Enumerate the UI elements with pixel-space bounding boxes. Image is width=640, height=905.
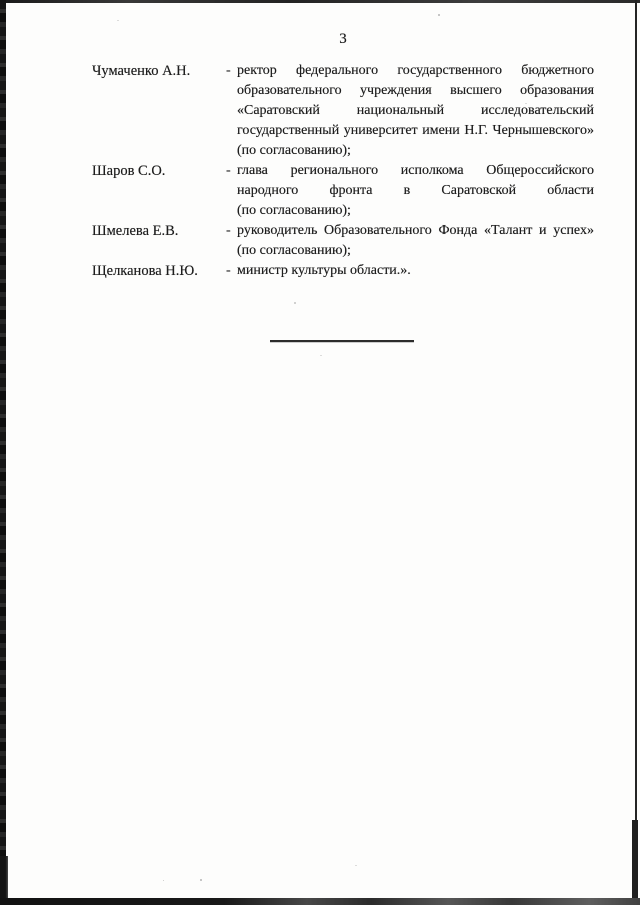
- description-line: руководитель Образовательного Фонда «Тал…: [237, 221, 594, 241]
- appointee-name: Шаров С.О.: [92, 161, 165, 181]
- appointee-entry: Шмелева Е.В. - руководитель Образователь…: [0, 221, 640, 261]
- scan-edge-top: [0, 0, 640, 3]
- description-line: ректор федерального государственного бюд…: [237, 61, 594, 81]
- description-line: министр культуры области.».: [237, 261, 594, 281]
- dash-separator: -: [226, 221, 231, 241]
- appointee-entry: Чумаченко А.Н. - ректор федерального гос…: [0, 61, 640, 161]
- description-line: государственный университет имени Н.Г. Ч…: [237, 121, 594, 141]
- scan-edge-left: [0, 0, 6, 905]
- dash-separator: -: [226, 261, 231, 281]
- scan-edge-right-bottom: [632, 820, 638, 905]
- appointee-name: Щелканова Н.Ю.: [92, 261, 198, 281]
- appointee-name: Чумаченко А.Н.: [92, 61, 190, 81]
- signature-rule: [270, 340, 414, 342]
- scan-speck: [200, 879, 202, 881]
- scan-speck: [525, 103, 527, 104]
- description-line: глава регионального исполкома Общероссий…: [237, 161, 594, 181]
- appointee-description: глава регионального исполкома Общероссий…: [237, 161, 594, 221]
- appointee-entry: Шаров С.О. - глава регионального исполко…: [0, 161, 640, 221]
- entries-list: Чумаченко А.Н. - ректор федерального гос…: [0, 61, 640, 281]
- dash-separator: -: [226, 161, 231, 181]
- document-page: 3 Чумаченко А.Н. - ректор федерального г…: [0, 0, 640, 905]
- appointee-description: министр культуры области.».: [237, 261, 594, 281]
- description-line: «Саратовский национальный исследовательс…: [237, 101, 594, 121]
- scan-speck: [294, 302, 296, 304]
- description-line: (по согласованию);: [237, 141, 594, 161]
- scan-edge-right: [635, 0, 637, 905]
- dash-separator: -: [226, 61, 231, 81]
- appointee-description: ректор федерального государственного бюд…: [237, 61, 594, 161]
- scan-edge-bottom: [0, 898, 640, 905]
- page-number: 3: [92, 29, 594, 49]
- description-line: народного фронта в Саратовской области: [237, 181, 594, 201]
- scan-speck: [438, 14, 440, 16]
- appointee-description: руководитель Образовательного Фонда «Тал…: [237, 221, 594, 261]
- description-line: (по согласованию);: [237, 201, 594, 221]
- scan-speck: [355, 865, 357, 866]
- scan-speck: [163, 880, 164, 881]
- appointee-name: Шмелева Е.В.: [92, 221, 178, 241]
- description-line: образовательного учреждения высшего обра…: [237, 81, 594, 101]
- description-line: (по согласованию);: [237, 241, 594, 261]
- appointee-entry: Щелканова Н.Ю. - министр культуры област…: [0, 261, 640, 281]
- scan-speck: [320, 355, 322, 356]
- scan-speck: [117, 20, 119, 21]
